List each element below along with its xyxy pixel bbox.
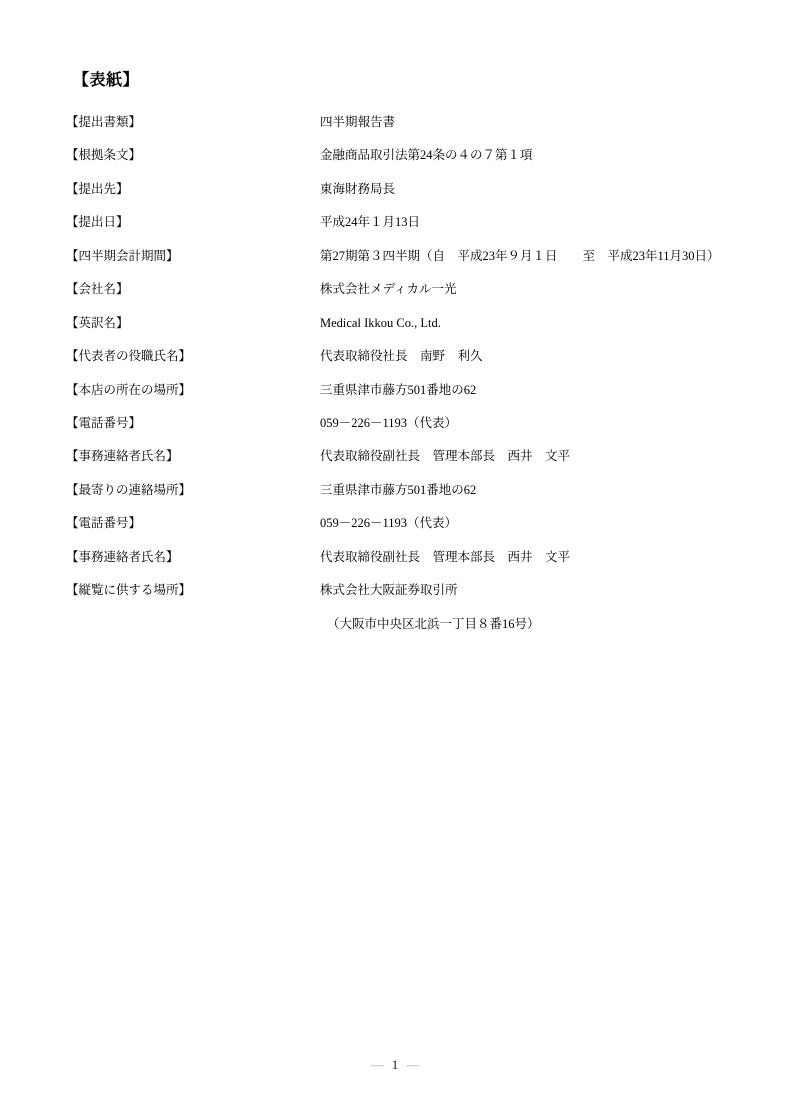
field-value: 代表取締役社長 南野 利久 bbox=[320, 348, 760, 365]
field-label: 【縦覧に供する場所】 bbox=[66, 582, 320, 599]
field-row: 【代表者の役職氏名】 代表取締役社長 南野 利久 bbox=[66, 348, 760, 381]
field-row: 【縦覧に供する場所】 株式会社大阪証券取引所 bbox=[66, 582, 760, 615]
field-label: 【事務連絡者氏名】 bbox=[66, 448, 320, 465]
field-label: 【提出先】 bbox=[66, 181, 320, 198]
footer-dash-right: ― bbox=[406, 1057, 419, 1072]
field-label: 【電話番号】 bbox=[66, 515, 320, 532]
field-row: 【電話番号】 059－226－1193（代表） bbox=[66, 415, 760, 448]
field-value: （大阪市中央区北浜一丁目８番16号） bbox=[320, 616, 760, 633]
document-page: 【表紙】 【提出書類】 四半期報告書 【根拠条文】 金融商品取引法第24条の４の… bbox=[0, 0, 790, 1118]
footer-dash-left: ― bbox=[371, 1057, 384, 1072]
field-label: 【本店の所在の場所】 bbox=[66, 382, 320, 399]
field-value: 第27期第３四半期（自 平成23年９月１日 至 平成23年11月30日） bbox=[320, 248, 760, 265]
field-label: 【電話番号】 bbox=[66, 415, 320, 432]
field-label: 【提出書類】 bbox=[66, 114, 320, 131]
field-value: 代表取締役副社長 管理本部長 西井 文平 bbox=[320, 549, 760, 566]
field-value: 三重県津市藤方501番地の62 bbox=[320, 382, 760, 399]
fields-list: 【提出書類】 四半期報告書 【根拠条文】 金融商品取引法第24条の４の７第１項 … bbox=[66, 114, 760, 649]
field-row: 【根拠条文】 金融商品取引法第24条の４の７第１項 bbox=[66, 147, 760, 180]
field-label: 【最寄りの連絡場所】 bbox=[66, 482, 320, 499]
field-row: 【事務連絡者氏名】 代表取締役副社長 管理本部長 西井 文平 bbox=[66, 448, 760, 481]
field-value: 株式会社メディカル一光 bbox=[320, 281, 760, 298]
field-value: 金融商品取引法第24条の４の７第１項 bbox=[320, 147, 760, 164]
field-value: 平成24年１月13日 bbox=[320, 214, 760, 231]
field-row: 【英訳名】 Medical Ikkou Co., Ltd. bbox=[66, 315, 760, 348]
field-value: 四半期報告書 bbox=[320, 114, 760, 131]
field-label: 【代表者の役職氏名】 bbox=[66, 348, 320, 365]
field-row: 【提出日】 平成24年１月13日 bbox=[66, 214, 760, 247]
field-value: Medical Ikkou Co., Ltd. bbox=[320, 315, 760, 332]
field-row: 【四半期会計期間】 第27期第３四半期（自 平成23年９月１日 至 平成23年1… bbox=[66, 248, 760, 281]
field-row: 【電話番号】 059－226－1193（代表） bbox=[66, 515, 760, 548]
field-row: 【最寄りの連絡場所】 三重県津市藤方501番地の62 bbox=[66, 482, 760, 515]
page-number: 1 bbox=[392, 1057, 399, 1072]
field-label: 【会社名】 bbox=[66, 281, 320, 298]
field-value: 059－226－1193（代表） bbox=[320, 515, 760, 532]
field-row: 【本店の所在の場所】 三重県津市藤方501番地の62 bbox=[66, 382, 760, 415]
page-title: 【表紙】 bbox=[73, 70, 139, 92]
field-row: （大阪市中央区北浜一丁目８番16号） bbox=[66, 616, 760, 649]
field-row: 【提出書類】 四半期報告書 bbox=[66, 114, 760, 147]
field-value: 059－226－1193（代表） bbox=[320, 415, 760, 432]
field-value: 代表取締役副社長 管理本部長 西井 文平 bbox=[320, 448, 760, 465]
field-label: 【四半期会計期間】 bbox=[66, 248, 320, 265]
field-label: 【提出日】 bbox=[66, 214, 320, 231]
field-value: 株式会社大阪証券取引所 bbox=[320, 582, 760, 599]
field-row: 【事務連絡者氏名】 代表取締役副社長 管理本部長 西井 文平 bbox=[66, 549, 760, 582]
page-footer: ―1― bbox=[0, 1056, 790, 1073]
field-label: 【英訳名】 bbox=[66, 315, 320, 332]
field-row: 【提出先】 東海財務局長 bbox=[66, 181, 760, 214]
field-value: 東海財務局長 bbox=[320, 181, 760, 198]
field-label: 【事務連絡者氏名】 bbox=[66, 549, 320, 566]
field-value: 三重県津市藤方501番地の62 bbox=[320, 482, 760, 499]
field-label: 【根拠条文】 bbox=[66, 147, 320, 164]
field-row: 【会社名】 株式会社メディカル一光 bbox=[66, 281, 760, 314]
